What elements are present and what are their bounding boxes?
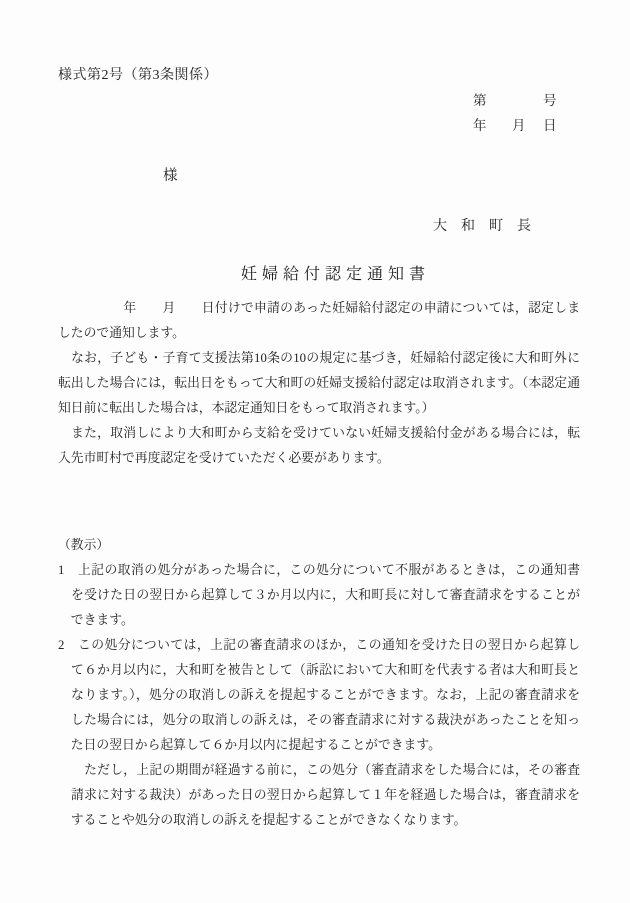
notice-line-8: た日の翌日から起算して６か月以内に提起することができます。	[58, 733, 580, 758]
notice-line-6: なります。），処分の取消しの訴えを提起することができます。なお，上記の審査請求を	[58, 683, 580, 708]
notice-line-10: 請求に対する裁決）があった日の翌日から起算して１年を経過した場合は，審査請求を	[58, 783, 580, 808]
notice-line-3: できます。	[58, 608, 580, 633]
notice-line-2: を受けた日の翌日から起算して３か月以内に，大和町長に対して審査請求をすることが	[58, 583, 580, 608]
notice-line-7: した場合には，処分の取消しの訴えは，その審査請求に対する裁決があったことを知っ	[58, 708, 580, 733]
date-month-label: 月	[512, 114, 526, 134]
body-line-6: また，取消しにより大和町から支給を受けていない妊婦支援給付金がある場合には，転	[58, 421, 580, 446]
date-day-label: 日	[543, 114, 557, 134]
body-line-7: 入先市町村で再度認定を受けていただく必要があります。	[58, 446, 580, 471]
body-line-2: したので通知します。	[58, 321, 580, 346]
body-line-1: 年 月 日付けで申請のあった妊婦給付認定の申請については，認定しま	[58, 296, 580, 321]
notice-line-5: て６か月以内に，大和町を被告として（訴訟において大和町を代表する者は大和町長と	[58, 658, 580, 683]
notice-line-11: することや処分の取消しの訴えを提起することができなくなります。	[58, 808, 580, 833]
notice-line-9: ただし，上記の期間が経過する前に，この処分（審査請求をした場合には，その審査	[58, 758, 580, 783]
document-number-suffix: 号	[543, 89, 557, 109]
body-line-5: 知日前に転出した場合は，本認定通知日をもって取消されます。）	[58, 396, 580, 421]
body-line-3: なお，子ども・子育て支援法第10条の10の規定に基づき，妊婦給付認定後に大和町外…	[58, 346, 580, 371]
document-page: 様式第2号（第3条関係） 第 号 年 月 日 様 大 和 町 長 妊婦給付認定通…	[0, 0, 630, 903]
notice-section: （教示） 1 上記の取消の処分があった場合に，この処分について不服があるときは，…	[58, 533, 580, 833]
body-line-4: 転出した場合には，転出日をもって大和町の妊婦支援給付認定は取消されます。（本認定…	[58, 371, 580, 396]
sender-mayor: 大 和 町 長	[433, 215, 531, 235]
date-year-label: 年	[473, 114, 487, 134]
document-title: 妊婦給付認定通知書	[241, 261, 430, 284]
form-number-label: 様式第2号（第3条関係）	[58, 64, 218, 84]
notice-line-4: 2 この処分については，上記の審査請求のほか，この通知を受けた日の翌日から起算し	[58, 633, 580, 658]
body-text: 年 月 日付けで申請のあった妊婦給付認定の申請については，認定しま したので通知…	[58, 296, 580, 471]
addressee-honorific: 様	[163, 164, 178, 185]
notice-line-1: 1 上記の取消の処分があった場合に，この処分について不服があるときは，この通知書	[58, 558, 580, 583]
document-number-prefix: 第	[473, 89, 487, 109]
notice-heading: （教示）	[58, 533, 580, 558]
